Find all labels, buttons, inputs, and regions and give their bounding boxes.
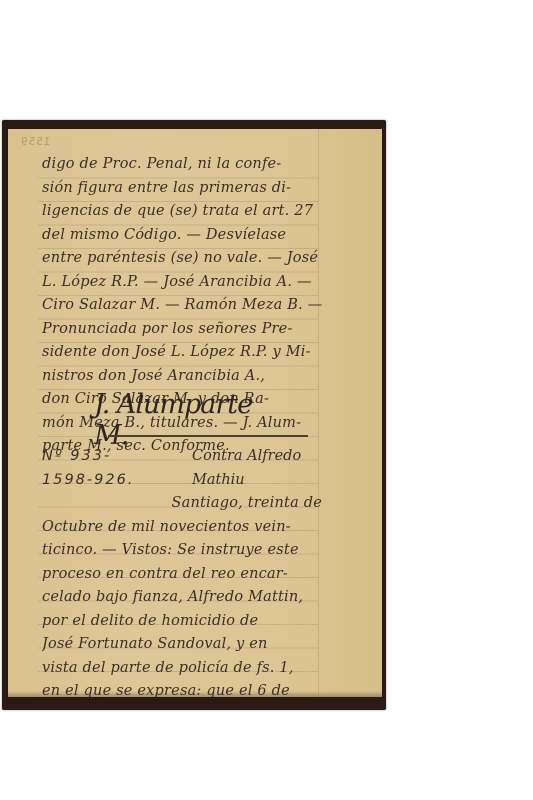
case-defendant: Mathiu (192, 469, 245, 493)
text-line: proceso en contra del reo encar- (42, 563, 322, 587)
text-line: ligencias de que (se) trata el art. 27 (42, 200, 322, 224)
case-reference: 1598-926. (42, 469, 134, 493)
text-line: vista del parte de policía de fs. 1, (42, 657, 322, 681)
text-line: entre paréntesis (se) no vale. — José (42, 247, 322, 271)
text-line: Ciro Salazar M. — Ramón Meza B. — (42, 294, 322, 318)
text-line: L. López R.P. — José Arancibia A. — (42, 271, 322, 295)
signature: J. Alumparte M. (94, 389, 288, 451)
text-line: sión figura entre las primeras di- (42, 177, 322, 201)
manuscript-page: 1559 digo de Proc. Penal, ni la confe- s… (8, 129, 382, 697)
case-title: Contra Alfredo (192, 445, 301, 469)
text-line: Santiago, treinta de (42, 492, 322, 516)
page-edge-shadow (8, 691, 382, 697)
signature-underline (108, 435, 308, 437)
text-line: José Fortunato Sandoval, y en (42, 633, 322, 657)
text-line: por el delito de homicidio de (42, 610, 322, 634)
text-line: sidente don José L. López R.P. y Mi- (42, 341, 322, 365)
text-line: del mismo Código. — Desvíelase (42, 224, 322, 248)
text-line: celado bajo fianza, Alfredo Mattin, (42, 586, 322, 610)
case-header: Nº 933- Contra Alfredo 1598-926. Mathiu (42, 445, 322, 492)
text-line: digo de Proc. Penal, ni la confe- (42, 153, 322, 177)
case-body: Santiago, treinta de Octubre de mil nove… (42, 492, 322, 697)
folio-number: 1559 (20, 135, 51, 148)
case-header-row: 1598-926. Mathiu (42, 469, 322, 493)
case-number: Nº 933- (42, 445, 111, 469)
text-line: ticinco. — Vistos: Se instruye este (42, 539, 322, 563)
case-header-row: Nº 933- Contra Alfredo (42, 445, 322, 469)
signature-block: J. Alumparte M. (68, 383, 288, 433)
text-line: Pronunciada por los señores Pre- (42, 318, 322, 342)
ledger-book: 1559 digo de Proc. Penal, ni la confe- s… (2, 120, 386, 710)
text-line: Octubre de mil novecientos vein- (42, 516, 322, 540)
